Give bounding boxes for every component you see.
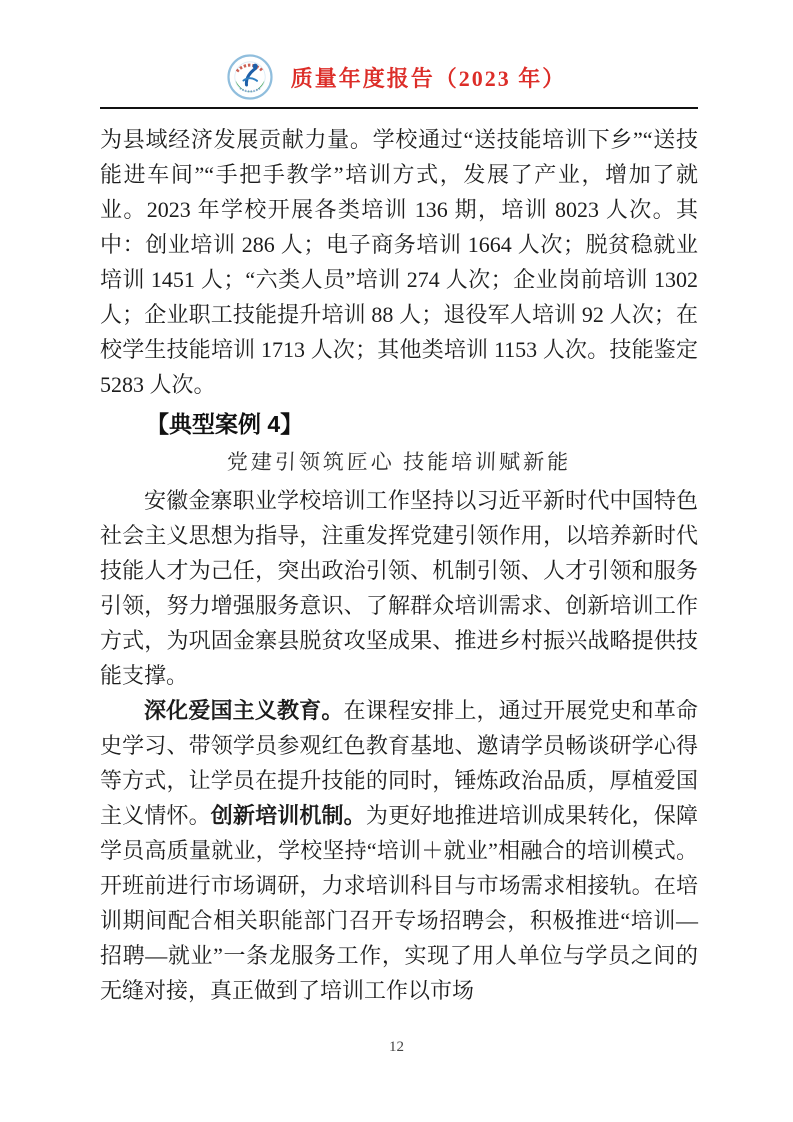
page-body: 为县域经济发展贡献力量。学校通过“送技能培训下乡”“送技能进车间”“手把手教学”… bbox=[0, 109, 793, 1008]
report-title: 质量年度报告（2023 年） bbox=[291, 62, 567, 93]
document-page: 质量年度报告（2023 年） 为县域经济发展贡献力量。学校通过“送技能培训下乡”… bbox=[0, 0, 793, 1122]
paragraph-party-building: 安徽金寨职业学校培训工作坚持以习近平新时代中国特色社会主义思想为指导，注重发挥党… bbox=[100, 483, 698, 693]
paragraph-training-statistics: 为县域经济发展贡献力量。学校通过“送技能培训下乡”“送技能进车间”“手把手教学”… bbox=[100, 122, 698, 402]
bold-run-patriotic-education: 深化爱国主义教育。 bbox=[144, 698, 344, 723]
case-calligraphy-title: 党建引领筑匠心 技能培训赋新能 bbox=[99, 445, 698, 479]
header-row: 质量年度报告（2023 年） bbox=[0, 0, 793, 100]
text-run-training-mechanism: 为更好地推进培训成果转化，保障学员高质量就业，学校坚持“培训＋就业”相融合的培训… bbox=[100, 803, 698, 1003]
page-number: 12 bbox=[389, 1039, 404, 1055]
paragraph-education-and-mechanism: 深化爱国主义教育。在课程安排上，通过开展党史和革命史学习、带领学员参观红色教育基… bbox=[100, 693, 698, 1008]
page-header: 质量年度报告（2023 年） bbox=[0, 0, 793, 109]
school-logo-icon bbox=[227, 54, 273, 100]
page-footer: 12 bbox=[0, 1038, 793, 1056]
bold-run-training-mechanism: 创新培训机制。 bbox=[211, 803, 366, 828]
case-heading: 【典型案例 4】 bbox=[100, 405, 698, 443]
